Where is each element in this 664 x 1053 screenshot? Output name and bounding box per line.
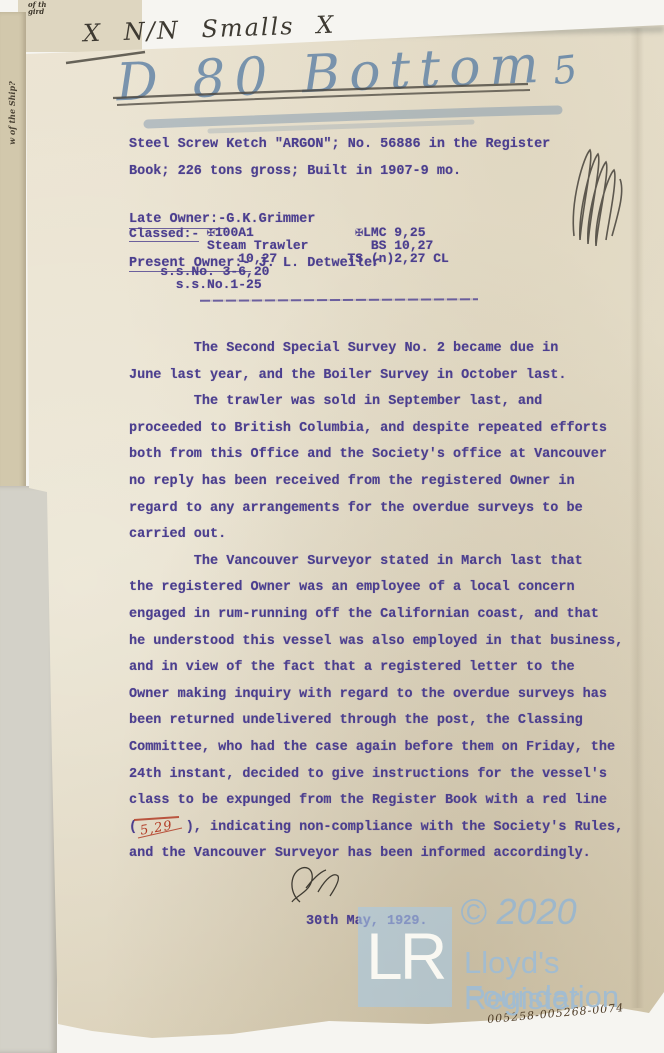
left-edge-vertical-text: w of the Ship?	[7, 67, 17, 159]
underlying-page-edge-left-lower	[0, 486, 57, 1053]
vessel-header-text: Steel Screw Ketch "ARGON"; No. 56886 in …	[129, 131, 550, 185]
watermark-copyright: © 2020	[460, 891, 577, 933]
lloyds-register-logo-letters: LR	[366, 917, 444, 995]
fragment-printed-text: of th gird	[28, 1, 46, 15]
paper-crease	[630, 28, 644, 1008]
watermark-org-name-line2: Foundation	[464, 979, 619, 1015]
classed-label: Classed:-	[129, 226, 199, 242]
underlying-page-edge-left: w of the Ship?	[0, 12, 26, 492]
report-body-text: The Second Special Survey No. 2 became d…	[129, 336, 623, 868]
blue-crayon-superscript: 5	[551, 47, 580, 93]
scanned-document-page: of th gird w of the Ship? X N/N Smalls X…	[0, 0, 664, 1053]
lloyds-register-logo: LR	[358, 907, 452, 1007]
